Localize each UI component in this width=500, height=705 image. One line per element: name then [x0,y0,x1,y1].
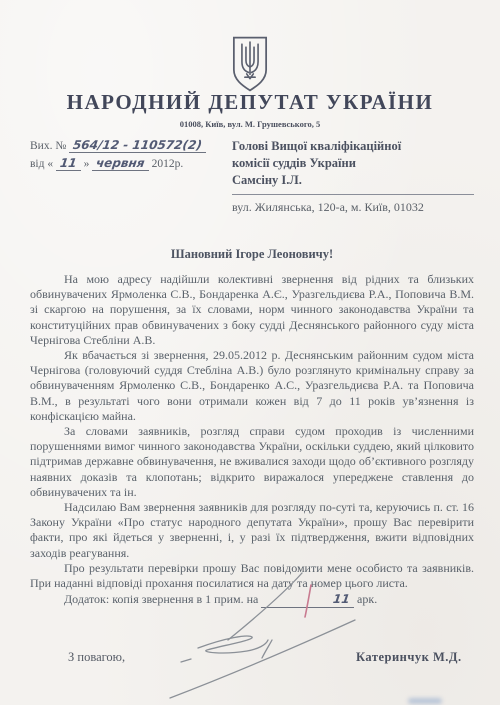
salutation: Шановний Ігоре Леоновичу! [30,247,474,262]
letter-body: На мою адресу надійшли колективні зверне… [30,272,474,608]
reference-number-label: Вих. № [30,140,66,152]
paragraph-4: Надсилаю Вам звернення заявників для роз… [30,500,474,561]
scanned-letter-page: НАРОДНИЙ ДЕПУТАТ УКРАЇНИ 01008, Київ, ву… [0,0,500,705]
addressee-line-1: Голові Вищої кваліфікаційної [232,138,478,155]
reference-date-day-handwritten: 11 [59,156,78,170]
addressee-block: Голові Вищої кваліфікаційної комісії суд… [232,138,478,189]
signer-name: Катеринчук М.Д. [356,650,462,665]
addressee-line-2: комісії суддів України [232,155,478,172]
letterhead-address: 01008, Київ, вул. М. Грушевського, 5 [0,119,500,129]
reference-number-handwritten: 564/12 - 110572(2) [72,138,203,152]
paragraph-2: Як вбачається зі звернення, 29.05.2012 р… [30,348,474,424]
ukraine-trident-emblem-icon [228,34,272,94]
attachment-prefix: Додаток: копія звернення в 1 прим. на [64,592,258,606]
addressee-divider-line [232,194,474,195]
ink-bleed-smudge [408,698,442,704]
letterhead-title: НАРОДНИЙ ДЕПУТАТ УКРАЇНИ [0,90,500,115]
reference-date-month-handwritten: червня [95,156,146,170]
reference-number-line: Вих. № 564/12 - 110572(2) [30,138,240,153]
paragraph-5: Про результати перевірки прошу Вас повід… [30,561,474,591]
reference-date-line: від « 11 » червня 2012р. [30,156,240,171]
addressee-line-3: Самсіну І.Л. [232,172,478,189]
attachment-suffix: арк. [357,592,377,606]
paragraph-1: На мою адресу надійшли колективні зверне… [30,272,474,348]
closing-phrase: З повагою, [68,650,125,665]
reference-date-close-quote: » [84,158,90,170]
addressee-street-address: вул. Жилянська, 120-а, м. Київ, 01032 [232,200,482,215]
reference-block: Вих. № 564/12 - 110572(2) від « 11 » чер… [30,138,240,174]
attachment-pages-handwritten: 11 [298,592,351,607]
reference-date-prefix: від « [30,158,53,170]
reference-date-year: 2012р. [152,158,184,170]
attachment-line: Додаток: копія звернення в 1 прим. на 11… [30,592,474,608]
paragraph-3: За словами заявників, розгляд справи суд… [30,424,474,500]
